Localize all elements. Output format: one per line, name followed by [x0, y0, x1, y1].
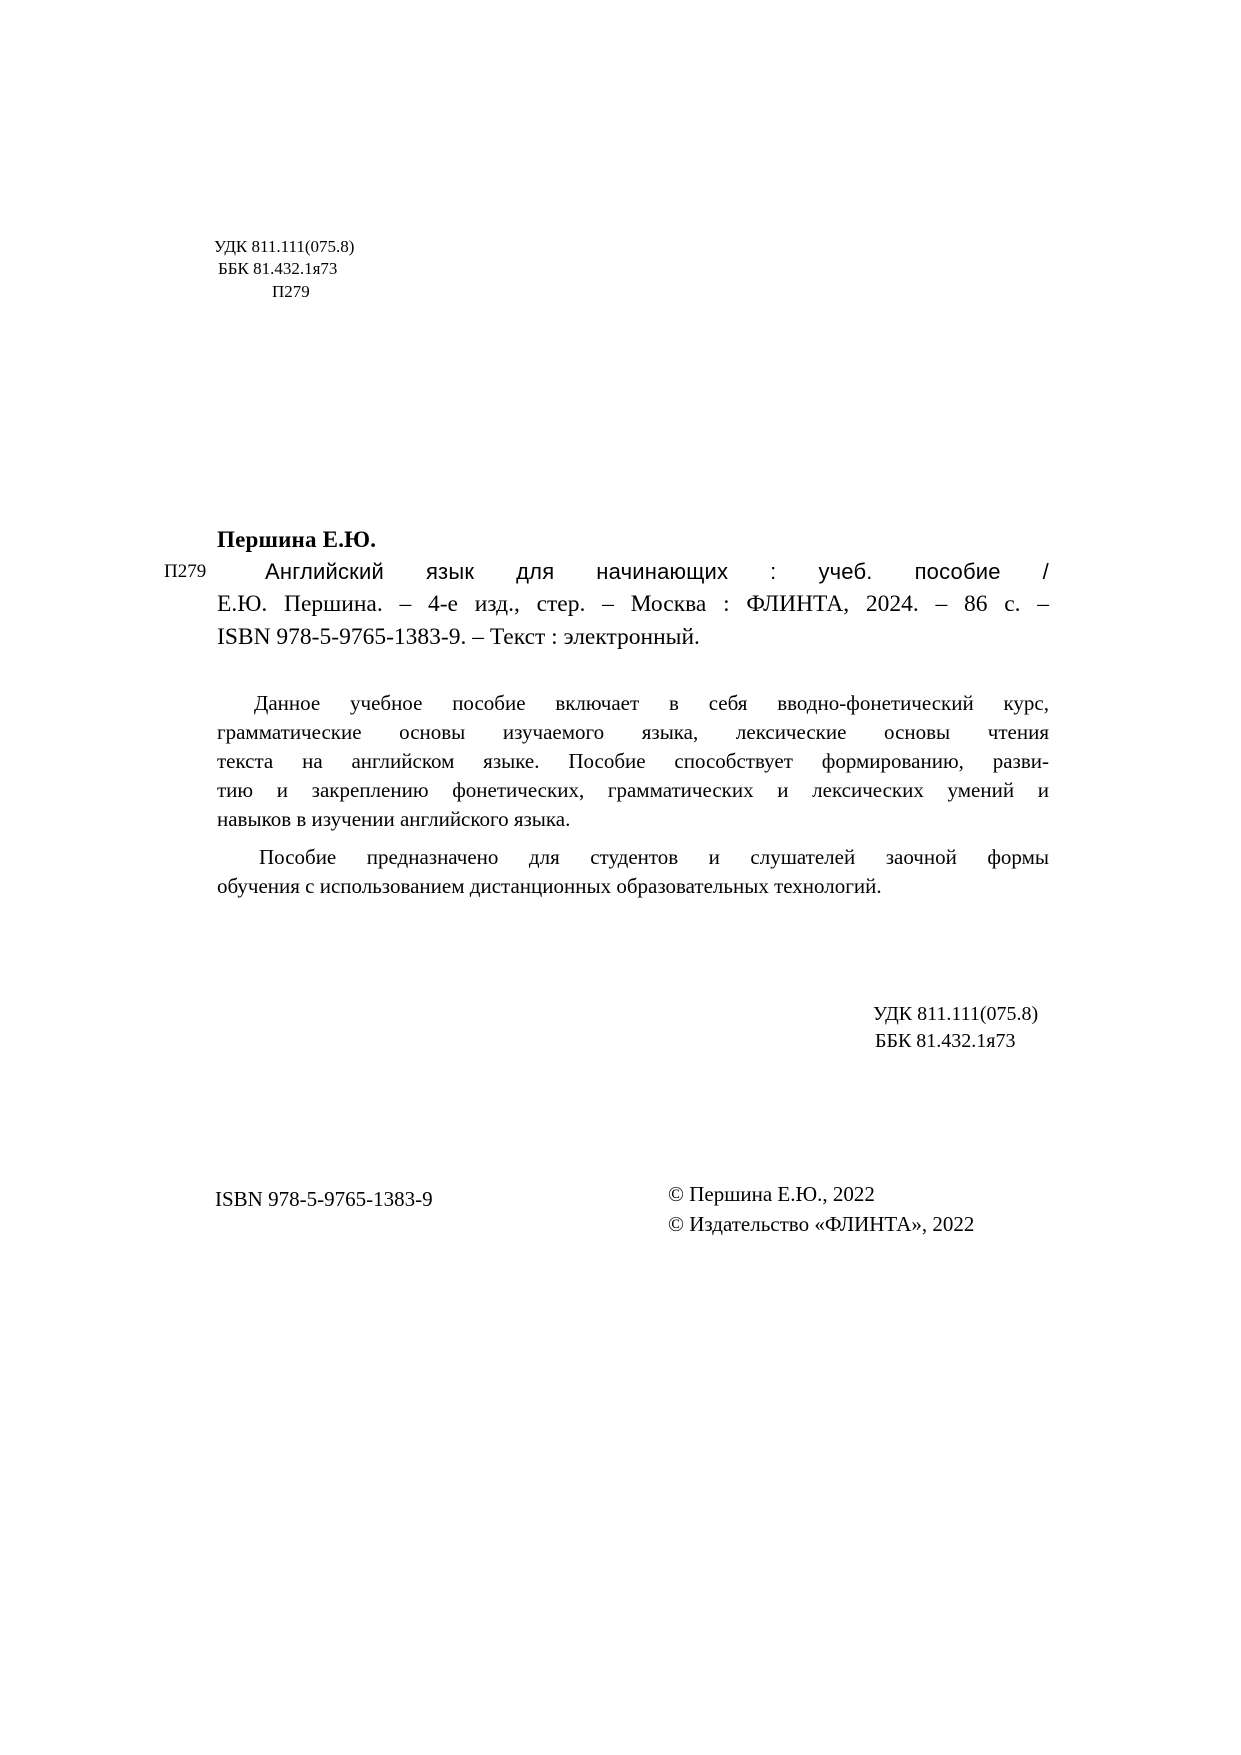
- annotation-paragraph-2: Пособие предназначено для студентов и сл…: [217, 843, 1049, 901]
- annotation-line: Данное учебное пособие включает в себя в…: [217, 689, 1049, 718]
- udk-code-bottom: УДК 811.111(075.8): [873, 1000, 1038, 1029]
- annotation-line: Пособие предназначено для студентов и сл…: [217, 843, 1049, 872]
- annotation-line: обучения с использованием дистанционных …: [217, 872, 1049, 901]
- annotation-paragraph-1: Данное учебное пособие включает в себя в…: [217, 689, 1049, 834]
- bibliographic-record: Английский язык для начинающих : учеб. п…: [217, 555, 1049, 654]
- bib-line-title: Английский язык для начинающих : учеб. п…: [217, 555, 1049, 588]
- bib-line-isbn: ISBN 978-5-9765-1383-9. – Текст : электр…: [217, 621, 1049, 654]
- copyright-author: © Першина Е.Ю., 2022: [668, 1180, 875, 1209]
- annotation-line: навыков в изучении английского языка.: [217, 805, 1049, 834]
- annotation-line: тию и закреплению фонетических, граммати…: [217, 776, 1049, 805]
- author-heading: Першина Е.Ю.: [217, 527, 376, 553]
- bbk-code-bottom: ББК 81.432.1я73: [875, 1027, 1016, 1056]
- udk-code-top: УДК 811.111(075.8): [214, 236, 354, 257]
- annotation-line: текста на английском языке. Пособие спос…: [217, 747, 1049, 776]
- isbn: ISBN 978-5-9765-1383-9: [215, 1185, 433, 1214]
- author-mark-top: П279: [272, 281, 310, 302]
- copyright-publisher: © Издательство «ФЛИНТА», 2022: [668, 1210, 974, 1239]
- annotation-line: грамматические основы изучаемого языка, …: [217, 718, 1049, 747]
- author-mark: П279: [164, 561, 206, 583]
- bib-line-edition: Е.Ю. Першина. – 4-е изд., стер. – Москва…: [217, 588, 1049, 621]
- bbk-code-top: ББК 81.432.1я73: [218, 258, 337, 279]
